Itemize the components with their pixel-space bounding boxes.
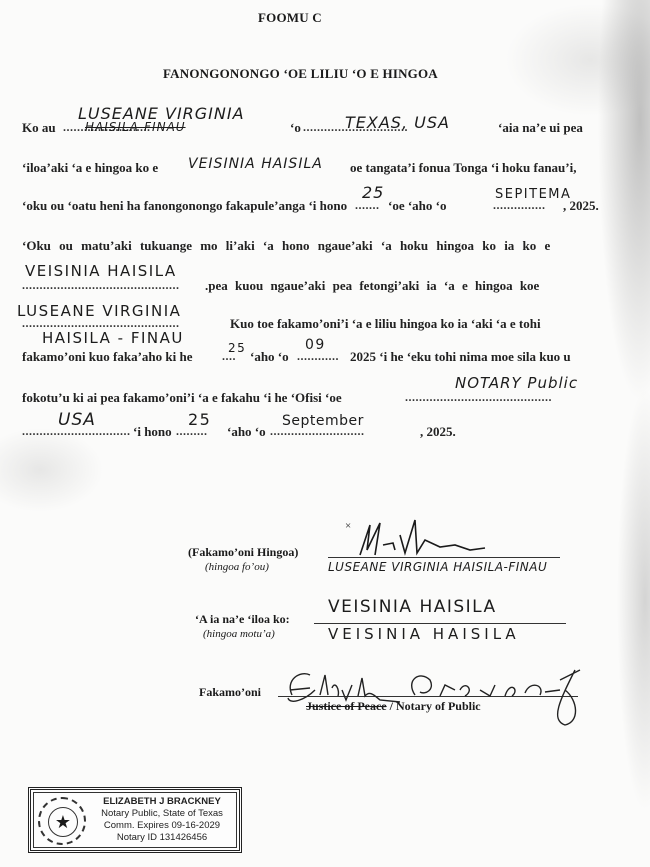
line2-prefix: ‘iloa’aki ‘a e hingoa ko e [22, 160, 158, 176]
notary-stamp-name: ELIZABETH J BRACKNEY [92, 796, 232, 808]
handwritten-month-number: 09 [305, 337, 326, 353]
handwritten-old-name: VEISINIA HAISILA [188, 156, 323, 172]
handwritten-place: TEXAS, USA [345, 113, 450, 132]
handwritten-day-2: 25 [228, 341, 246, 355]
line1-suffix: ‘aia na’e ui pea [498, 120, 583, 136]
line1-prefix: Ko au [22, 120, 56, 136]
line9-suffix: , 2025. [420, 424, 456, 440]
line7-mid: ‘aho ‘o [250, 349, 289, 365]
form-label: FOOMU C [258, 10, 322, 26]
old-name-signature-sublabel: (hingoa motu’a) [203, 628, 275, 640]
old-name-signature-line [314, 623, 566, 624]
notary-title: Justice of Peace / Notary of Public [306, 699, 481, 714]
old-name-signature-label: ‘A ia na’e ‘iloa ko: [195, 612, 290, 627]
notary-stamp-line2: Notary Public, State of Texas [92, 808, 232, 820]
star-seal-icon: ★ [48, 807, 78, 837]
handwritten-place-2: USA [58, 410, 96, 430]
old-name-signature: VEISINIA HAISILA [328, 597, 497, 617]
notary-stamp-text: ELIZABETH J BRACKNEY Notary Public, Stat… [92, 796, 232, 844]
line2-suffix: oe tangata’i fonua Tonga ‘i hoku fanau’i… [350, 160, 576, 176]
notary-stamp: ★ ELIZABETH J BRACKNEY Notary Public, St… [28, 787, 242, 853]
new-name-signature-scribble: × [345, 515, 495, 560]
line9-mid1: ‘i hono [133, 424, 172, 440]
line9-mid2: ‘aho ‘o [227, 424, 266, 440]
line7-suffix: 2025 ‘i he ‘eku tohi nima moe sila kuo u [350, 349, 571, 365]
handwritten-day: 25 [362, 183, 384, 202]
notary-title-text: / Notary of Public [390, 699, 481, 713]
new-name-printed: LUSEANE VIRGINIA HAISILA-FINAU [328, 560, 547, 574]
handwritten-new-surname: HAISILA - FINAU [42, 329, 184, 347]
handwritten-surname-struck: HAISILA-FINAU [85, 120, 186, 134]
notary-signature-scribble [280, 660, 590, 730]
notary-title-struck: Justice of Peace [306, 699, 387, 713]
svg-text:×: × [345, 520, 351, 532]
notary-stamp-border: ★ ELIZABETH J BRACKNEY Notary Public, St… [33, 792, 237, 848]
old-name-printed: VEISINIA HAISILA [328, 625, 520, 643]
line3-mid: ‘oe ‘aho ‘o [388, 198, 447, 214]
line7-prefix: fakamo’oni kuo faka’aho ki he [22, 349, 192, 365]
document-title: FANONGONONGO ‘OE LILIU ‘O E HINGOA [163, 66, 438, 82]
line5-suffix: .pea kuou ngaue’aki pea fetongi’aki ia ‘… [205, 278, 539, 294]
line4-text: ‘Oku ou matu’aki tukuange mo li’aki ‘a h… [22, 238, 550, 254]
line1-mid: ‘o [290, 120, 301, 136]
new-name-signature-sublabel: (hingoa fo’ou) [205, 561, 269, 573]
line3-suffix: , 2025. [563, 198, 599, 214]
line3-prefix: ‘oku ou ‘oatu heni ha fanongonongo fakap… [22, 198, 347, 214]
witness-label: Fakamo’oni [199, 685, 261, 700]
handwritten-office: NOTARY Public [455, 374, 578, 392]
handwritten-month: SEPITEMA [495, 187, 571, 202]
line6-suffix: Kuo toe fakamo’oni’i ‘a e liliu hingoa k… [230, 316, 541, 332]
handwritten-day-3: 25 [188, 410, 211, 429]
notary-stamp-line3: Comm. Expires 09-16-2029 [92, 820, 232, 832]
notary-seal: ★ [38, 797, 86, 845]
notary-stamp-line4: Notary ID 131426456 [92, 832, 232, 844]
line8-dots: ........................................… [405, 390, 552, 405]
handwritten-month-2: September [282, 413, 364, 429]
line8-prefix: fokotu’u ki ai pea fakamo’oni’i ‘a e fak… [22, 390, 342, 406]
new-name-signature-label: (Fakamo’oni Hingoa) [188, 545, 298, 560]
line5-dots: ........................................… [22, 278, 180, 293]
